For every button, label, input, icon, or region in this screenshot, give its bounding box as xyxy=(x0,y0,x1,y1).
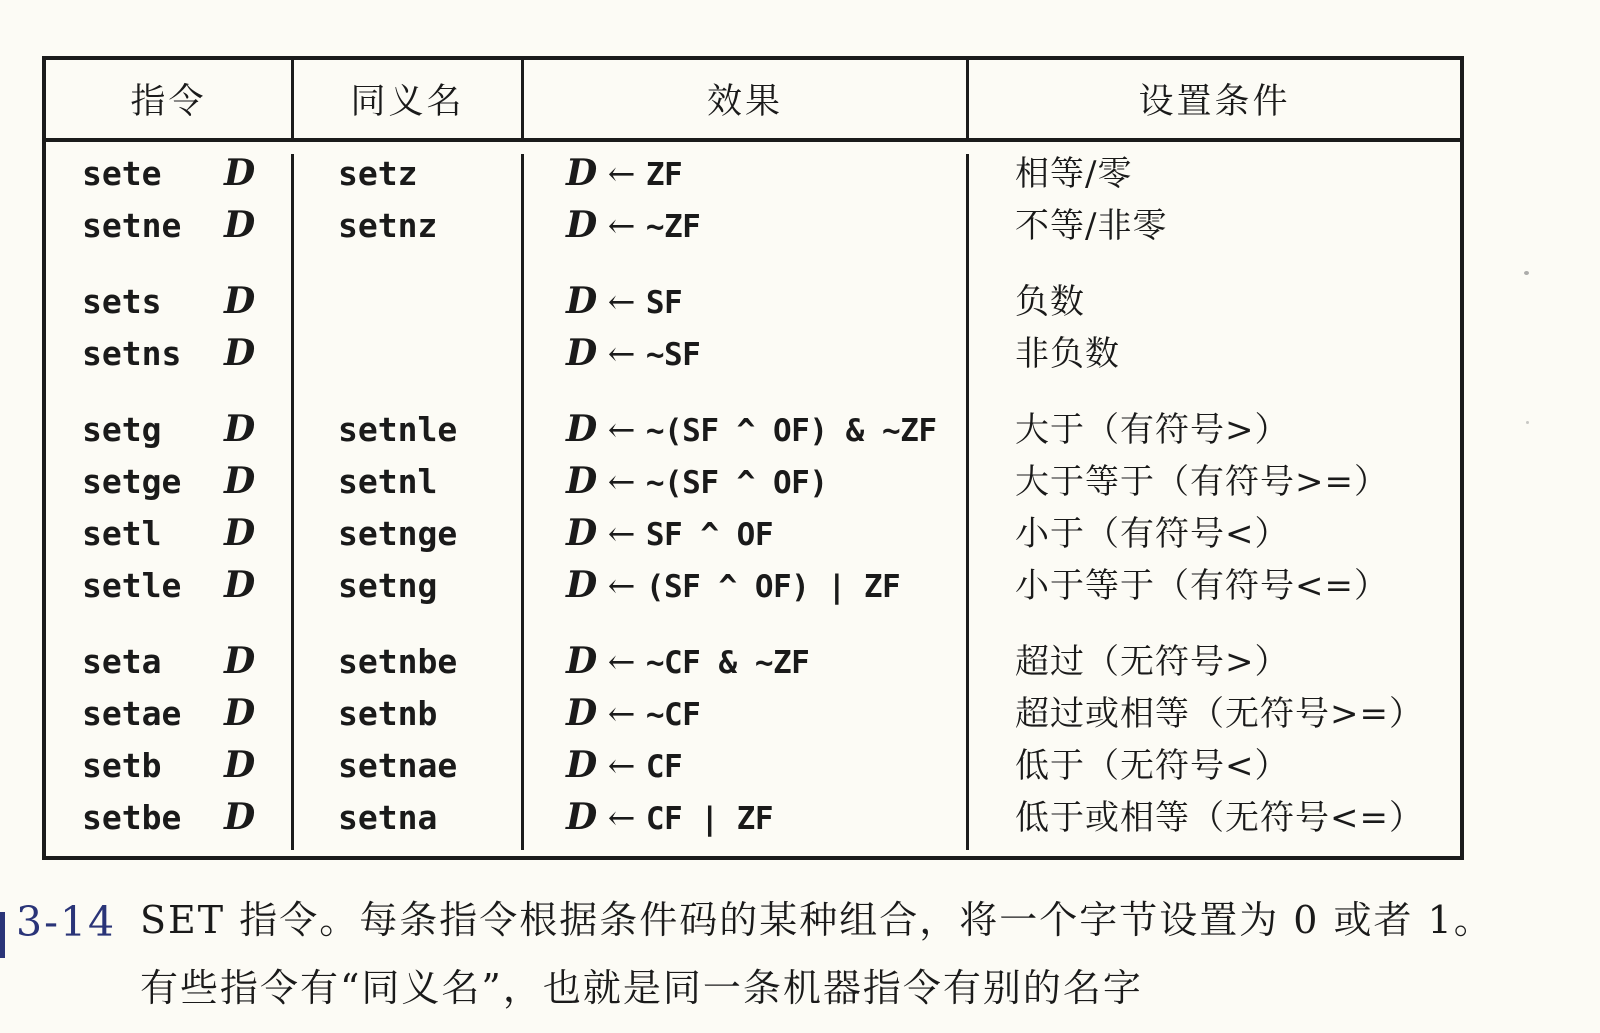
effect-cell: D ← ~CF & ~ZF xyxy=(524,618,969,694)
operand: D xyxy=(224,566,255,606)
effect-expression: ~CF xyxy=(646,697,701,733)
operand: D xyxy=(224,280,255,322)
synonym-cell: setnbe xyxy=(294,618,524,694)
instruction-cell: setnsD xyxy=(46,334,294,386)
operand: D xyxy=(224,462,255,502)
operand: D xyxy=(224,798,255,838)
table-row: setnsDD ← ~SF非负数 xyxy=(46,334,1460,386)
table-row: setlDsetngeD ← SF ^ OF小于（有符号<） xyxy=(46,514,1460,566)
effect-expression: ~(SF ^ OF) xyxy=(646,465,828,501)
effect-expression: SF xyxy=(646,285,682,321)
condition-text: 小于（有符号<） xyxy=(1015,514,1290,554)
condition-text: 低于或相等（无符号<=） xyxy=(1015,798,1424,838)
condition-text: 大于等于（有符号>=） xyxy=(1015,462,1389,502)
figure-number: 3-14 xyxy=(16,898,116,946)
condition-cell: 低于（无符号<） xyxy=(969,746,1460,798)
effect-expression: SF ^ OF xyxy=(646,517,773,553)
effect-destination: D xyxy=(566,798,597,838)
header-set-condition: 设置条件 xyxy=(969,60,1460,138)
synonym-name: setnle xyxy=(338,410,457,449)
table-row: setneDsetnzD ← ~ZF不等/非零 xyxy=(46,206,1460,258)
instruction-name: setbe xyxy=(82,798,224,844)
condition-cell: 超过或相等（无符号>=） xyxy=(969,694,1460,746)
effect-expression: ~(SF ^ OF) & ~ZF xyxy=(646,413,937,449)
operand: D xyxy=(224,408,255,450)
instruction-name: setg xyxy=(82,404,224,456)
condition-cell: 超过（无符号>） xyxy=(969,618,1460,694)
left-arrow-symbol: ← xyxy=(597,410,646,449)
effect-destination: D xyxy=(566,334,597,374)
synonym-name: setng xyxy=(338,566,437,605)
table-row: seteDsetzD ← ZF相等/零 xyxy=(46,154,1460,206)
instruction-cell: setaeD xyxy=(46,694,294,746)
left-arrow-symbol: ← xyxy=(597,798,646,837)
instruction-cell: setsD xyxy=(46,258,294,334)
effect-destination: D xyxy=(566,154,597,194)
synonym-name: setnl xyxy=(338,462,437,501)
left-arrow-symbol: ← xyxy=(597,206,646,245)
table-body: seteDsetzD ← ZF相等/零setneDsetnzD ← ~ZF不等/… xyxy=(46,142,1460,856)
table-row: setbeDsetnaD ← CF | ZF低于或相等（无符号<=） xyxy=(46,798,1460,850)
synonym-cell xyxy=(294,258,524,334)
condition-text: 低于（无符号<） xyxy=(1015,746,1290,786)
operand: D xyxy=(224,206,255,246)
condition-text: 超过或相等（无符号>=） xyxy=(1015,694,1424,734)
left-arrow-symbol: ← xyxy=(597,282,646,321)
condition-text: 负数 xyxy=(1015,282,1085,322)
instruction-name: setl xyxy=(82,514,224,560)
instruction-name: sets xyxy=(82,276,224,328)
instruction-cell: setneD xyxy=(46,206,294,258)
condition-text: 小于等于（有符号<=） xyxy=(1015,566,1389,606)
left-arrow-symbol: ← xyxy=(597,462,646,501)
instruction-name: setns xyxy=(82,334,224,380)
instruction-cell: setaD xyxy=(46,618,294,694)
condition-text: 大于（有符号>） xyxy=(1015,410,1290,450)
synonym-cell: setna xyxy=(294,798,524,850)
left-arrow-symbol: ← xyxy=(597,746,646,785)
instruction-name: setae xyxy=(82,694,224,740)
condition-cell: 负数 xyxy=(969,258,1460,334)
clipped-figure-char xyxy=(0,912,5,958)
condition-cell: 大于等于（有符号>=） xyxy=(969,462,1460,514)
header-instruction: 指令 xyxy=(46,60,294,138)
synonym-name: setnz xyxy=(338,206,437,245)
operand: D xyxy=(224,514,255,554)
effect-destination: D xyxy=(566,408,597,450)
operand: D xyxy=(224,154,255,194)
effect-destination: D xyxy=(566,280,597,322)
table-row: setgeDsetnlD ← ~(SF ^ OF)大于等于（有符号>=） xyxy=(46,462,1460,514)
effect-cell: D ← ~SF xyxy=(524,334,969,386)
condition-cell: 小于（有符号<） xyxy=(969,514,1460,566)
instruction-cell: setbeD xyxy=(46,798,294,850)
effect-destination: D xyxy=(566,566,597,606)
effect-expression: CF xyxy=(646,749,682,785)
effect-cell: D ← ~ZF xyxy=(524,206,969,258)
table-row: setaDsetnbeD ← ~CF & ~ZF超过（无符号>） xyxy=(46,618,1460,694)
effect-cell: D ← ~(SF ^ OF) xyxy=(524,462,969,514)
effect-destination: D xyxy=(566,206,597,246)
synonym-name: setnbe xyxy=(338,642,457,681)
table-header-row: 指令 同义名 效果 设置条件 xyxy=(46,60,1460,142)
caption-line-1: SET 指令。每条指令根据条件码的某种组合，将一个字节设置为 0 或者 1。 xyxy=(140,886,1590,954)
synonym-cell: setnz xyxy=(294,206,524,258)
effect-destination: D xyxy=(566,694,597,734)
scanned-page: 指令 同义名 效果 设置条件 seteDsetzD ← ZF相等/零setneD… xyxy=(0,0,1600,1033)
effect-destination: D xyxy=(566,514,597,554)
synonym-name: setnae xyxy=(338,746,457,785)
effect-expression: ~CF & ~ZF xyxy=(646,645,809,681)
left-arrow-symbol: ← xyxy=(597,514,646,553)
condition-cell: 低于或相等（无符号<=） xyxy=(969,798,1460,850)
instruction-cell: setleD xyxy=(46,566,294,618)
instruction-name: setne xyxy=(82,206,224,252)
figure-caption: SET 指令。每条指令根据条件码的某种组合，将一个字节设置为 0 或者 1。 有… xyxy=(140,886,1590,1022)
effect-destination: D xyxy=(566,640,597,682)
effect-destination: D xyxy=(566,462,597,502)
operand: D xyxy=(224,694,255,734)
instruction-cell: setbD xyxy=(46,746,294,798)
dust-speck xyxy=(1526,421,1529,424)
effect-cell: D ← SF xyxy=(524,258,969,334)
effect-expression: ~ZF xyxy=(646,209,701,245)
left-arrow-symbol: ← xyxy=(597,154,646,193)
synonym-name: setnge xyxy=(338,514,457,553)
instruction-name: setb xyxy=(82,746,224,792)
synonym-cell: setz xyxy=(294,154,524,206)
synonym-cell: setnb xyxy=(294,694,524,746)
effect-cell: D ← CF xyxy=(524,746,969,798)
condition-cell: 大于（有符号>） xyxy=(969,386,1460,462)
instruction-name: setge xyxy=(82,462,224,508)
synonym-cell: setnl xyxy=(294,462,524,514)
set-instructions-table: 指令 同义名 效果 设置条件 seteDsetzD ← ZF相等/零setneD… xyxy=(42,56,1464,860)
effect-destination: D xyxy=(566,746,597,786)
instruction-cell: setgeD xyxy=(46,462,294,514)
effect-expression: (SF ^ OF) | ZF xyxy=(646,569,900,605)
effect-cell: D ← (SF ^ OF) | ZF xyxy=(524,566,969,618)
condition-text: 超过（无符号>） xyxy=(1015,642,1290,682)
effect-expression: CF | ZF xyxy=(646,801,773,837)
condition-cell: 小于等于（有符号<=） xyxy=(969,566,1460,618)
operand: D xyxy=(224,746,255,786)
operand: D xyxy=(224,640,255,682)
table-row: setsDD ← SF负数 xyxy=(46,258,1460,334)
effect-expression: ZF xyxy=(646,157,682,193)
effect-expression: ~SF xyxy=(646,337,701,373)
synonym-name: setz xyxy=(338,154,417,193)
condition-cell: 非负数 xyxy=(969,334,1460,386)
instruction-name: sete xyxy=(82,154,224,200)
synonym-name: setnb xyxy=(338,694,437,733)
header-synonym: 同义名 xyxy=(294,60,524,138)
header-effect: 效果 xyxy=(524,60,969,138)
effect-cell: D ← CF | ZF xyxy=(524,798,969,850)
instruction-name: setle xyxy=(82,566,224,612)
synonym-cell xyxy=(294,334,524,386)
effect-cell: D ← ~CF xyxy=(524,694,969,746)
table-row: setleDsetngD ← (SF ^ OF) | ZF小于等于（有符号<=） xyxy=(46,566,1460,618)
caption-line-2: 有些指令有“同义名”，也就是同一条机器指令有别的名字 xyxy=(140,954,1590,1022)
effect-cell: D ← ~(SF ^ OF) & ~ZF xyxy=(524,386,969,462)
instruction-cell: seteD xyxy=(46,154,294,206)
condition-text: 相等/零 xyxy=(1015,154,1132,194)
synonym-cell: setnae xyxy=(294,746,524,798)
table-row: setaeDsetnbD ← ~CF超过或相等（无符号>=） xyxy=(46,694,1460,746)
dust-speck xyxy=(1524,271,1529,275)
instruction-name: seta xyxy=(82,636,224,688)
left-arrow-symbol: ← xyxy=(597,694,646,733)
synonym-cell: setng xyxy=(294,566,524,618)
left-arrow-symbol: ← xyxy=(597,334,646,373)
table-row: setbDsetnaeD ← CF低于（无符号<） xyxy=(46,746,1460,798)
synonym-name: setna xyxy=(338,798,437,837)
condition-text: 非负数 xyxy=(1015,334,1120,374)
condition-text: 不等/非零 xyxy=(1015,206,1167,246)
effect-cell: D ← ZF xyxy=(524,154,969,206)
synonym-cell: setnge xyxy=(294,514,524,566)
instruction-cell: setlD xyxy=(46,514,294,566)
left-arrow-symbol: ← xyxy=(597,566,646,605)
instruction-cell: setgD xyxy=(46,386,294,462)
operand: D xyxy=(224,334,255,374)
condition-cell: 不等/非零 xyxy=(969,206,1460,258)
left-arrow-symbol: ← xyxy=(597,642,646,681)
condition-cell: 相等/零 xyxy=(969,154,1460,206)
synonym-cell: setnle xyxy=(294,386,524,462)
table-row: setgDsetnleD ← ~(SF ^ OF) & ~ZF大于（有符号>） xyxy=(46,386,1460,462)
effect-cell: D ← SF ^ OF xyxy=(524,514,969,566)
